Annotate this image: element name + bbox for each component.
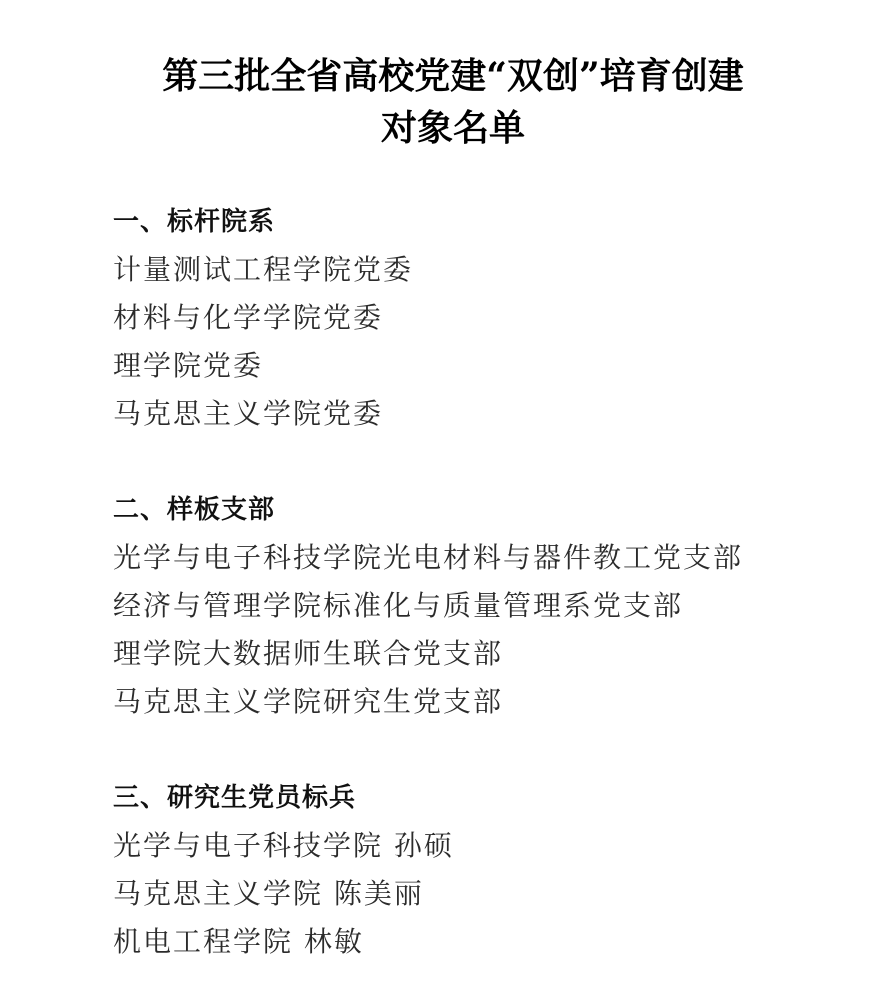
list-item: 经济与管理学院标准化与质量管理系党支部 xyxy=(113,582,793,630)
document-page: 第三批全省高校党建“双创”培育创建 对象名单 一、标杆院系 计量测试工程学院党委… xyxy=(0,0,872,1002)
document-title-line-2: 对象名单 xyxy=(113,102,793,154)
section-model-branches: 二、样板支部 光学与电子科技学院光电材料与器件教工党支部 经济与管理学院标准化与… xyxy=(113,486,793,726)
list-item: 马克思主义学院 陈美丽 xyxy=(113,870,793,918)
section-heading: 二、样板支部 xyxy=(113,486,793,534)
list-item: 马克思主义学院党委 xyxy=(113,390,793,438)
list-item: 理学院党委 xyxy=(113,342,793,390)
section-benchmark-departments: 一、标杆院系 计量测试工程学院党委 材料与化学学院党委 理学院党委 马克思主义学… xyxy=(113,198,793,438)
list-item: 材料与化学学院党委 xyxy=(113,294,793,342)
section-graduate-party-member-models: 三、研究生党员标兵 光学与电子科技学院 孙硕 马克思主义学院 陈美丽 机电工程学… xyxy=(113,774,793,966)
document-title: 第三批全省高校党建“双创”培育创建 对象名单 xyxy=(113,50,793,154)
section-heading: 三、研究生党员标兵 xyxy=(113,774,793,822)
document-title-line-1: 第三批全省高校党建“双创”培育创建 xyxy=(113,50,793,102)
list-item: 理学院大数据师生联合党支部 xyxy=(113,630,793,678)
section-heading: 一、标杆院系 xyxy=(113,198,793,246)
list-item: 马克思主义学院研究生党支部 xyxy=(113,678,793,726)
list-item: 光学与电子科技学院 孙硕 xyxy=(113,822,793,870)
list-item: 机电工程学院 林敏 xyxy=(113,918,793,966)
list-item: 光学与电子科技学院光电材料与器件教工党支部 xyxy=(113,534,793,582)
list-item: 计量测试工程学院党委 xyxy=(113,246,793,294)
document-content: 第三批全省高校党建“双创”培育创建 对象名单 一、标杆院系 计量测试工程学院党委… xyxy=(113,50,793,966)
